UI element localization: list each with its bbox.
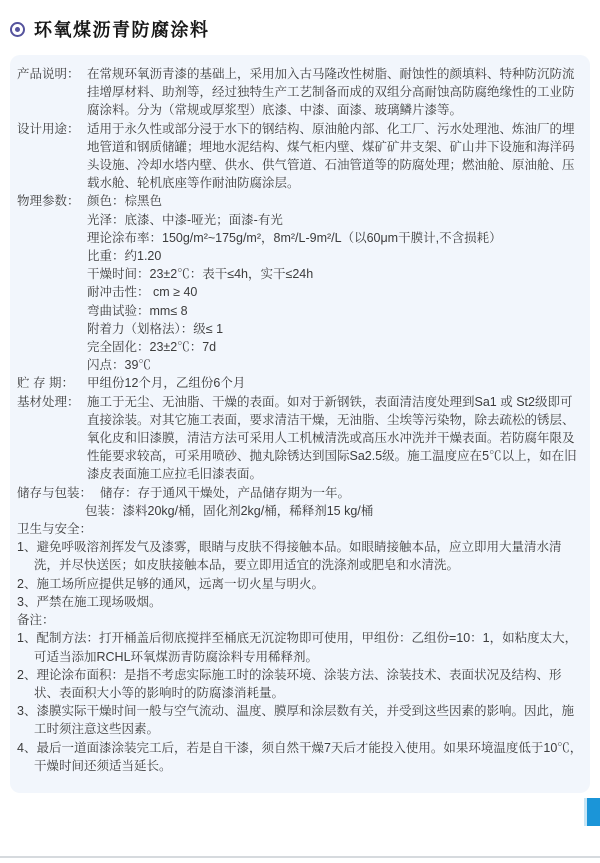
storage-packaging-row: 储存与包装： 储存：存于通风干燥处，产品储存期为一年。 bbox=[17, 484, 583, 502]
physical-params-label: 物理参数： bbox=[17, 192, 87, 210]
storage-packaging-label: 储存与包装： bbox=[17, 484, 100, 502]
physical-param-coverage: 理论涂布率：150g/m²~175g/m²，8m²/L-9m²/L（以60μm干… bbox=[87, 229, 583, 247]
page-title: 环氧煤沥青防腐涂料 bbox=[34, 16, 210, 42]
design-usage-row: 设计用途： 适用于永久性或部分浸于水下的钢结构、原油舱内部、化工厂、污水处理池、… bbox=[17, 120, 583, 193]
physical-param-gloss: 光泽：底漆、中漆-哑光；面漆-有光 bbox=[87, 211, 583, 229]
physical-param-flashpoint: 闪点：39℃ bbox=[87, 356, 583, 374]
safety-item-2: 2、施工场所应提供足够的通风，远离一切火星与明火。 bbox=[17, 575, 583, 593]
storage-period-text: 甲组份12个月，乙组份6个月 bbox=[87, 374, 583, 392]
physical-param-impact: 耐冲击性： cm ≥ 40 bbox=[87, 283, 583, 301]
storage-packaging-pack-text: 包装：漆料20kg/桶，固化剂2kg/桶，稀释剂15 kg/桶 bbox=[17, 502, 583, 520]
product-description-label: 产品说明： bbox=[17, 65, 87, 83]
physical-param-adhesion: 附着力（划格法）：级≤ 1 bbox=[87, 320, 583, 338]
substrate-treatment-row: 基材处理： 施工于无尘、无油脂、干燥的表面。如对于新钢铁，表面清洁度处理到Sa1… bbox=[17, 393, 583, 484]
safety-item-1: 1、避免呼吸溶剂挥发气及漆雾，眼睛与皮肤不得接触本品。如眼睛接触本品，应立即用大… bbox=[17, 538, 583, 574]
physical-params-row: 物理参数： 颜色：棕黑色 光泽：底漆、中漆-哑光；面漆-有光 理论涂布率：150… bbox=[17, 192, 583, 374]
storage-period-label: 贮 存 期： bbox=[17, 374, 87, 392]
storage-period-row: 贮 存 期： 甲组份12个月，乙组份6个月 bbox=[17, 374, 583, 392]
physical-param-bend: 弯曲试验：mm≤ 8 bbox=[87, 302, 583, 320]
page-header: 环氧煤沥青防腐涂料 bbox=[10, 16, 210, 42]
bottom-divider bbox=[0, 856, 600, 858]
notes-item-3: 3、漆膜实际干燥时间一般与空气流动、温度、膜厚和涂层数有关，并受到这些因素的影响… bbox=[17, 702, 583, 738]
substrate-treatment-text: 施工于无尘、无油脂、干燥的表面。如对于新钢铁，表面清洁度处理到Sa1 或 St2… bbox=[87, 393, 583, 484]
notes-item-4: 4、最后一道面漆涂装完工后，若是自干漆，须自然干燥7天后才能投入使用。如果环境温… bbox=[17, 739, 583, 775]
physical-params-list: 颜色：棕黑色 光泽：底漆、中漆-哑光；面漆-有光 理论涂布率：150g/m²~1… bbox=[87, 192, 583, 374]
safety-item-3: 3、严禁在施工现场吸烟。 bbox=[17, 593, 583, 611]
physical-param-density: 比重：约1.20 bbox=[87, 247, 583, 265]
product-description-text: 在常规环氧沥青漆的基础上，采用加入古马隆改性树脂、耐蚀性的颜填料、特种防沉防流挂… bbox=[87, 65, 583, 120]
design-usage-text: 适用于永久性或部分浸于水下的钢结构、原油舱内部、化工厂、污水处理池、炼油厂的埋地… bbox=[87, 120, 583, 193]
product-description-row: 产品说明： 在常规环氧沥青漆的基础上，采用加入古马隆改性树脂、耐蚀性的颜填料、特… bbox=[17, 65, 583, 120]
bullseye-icon bbox=[10, 22, 25, 37]
storage-packaging-storage-text: 储存：存于通风干燥处，产品储存期为一年。 bbox=[100, 484, 583, 502]
notes-item-1: 1、配制方法：打开桶盖后彻底搅拌至桶底无沉淀物即可使用，甲组份：乙组份=10：1… bbox=[17, 629, 583, 665]
notes-heading: 备注： bbox=[17, 611, 583, 629]
design-usage-label: 设计用途： bbox=[17, 120, 87, 138]
physical-param-drytime: 干燥时间：23±2℃：表干≤4h，实干≤24h bbox=[87, 265, 583, 283]
side-scroll-button[interactable] bbox=[584, 798, 600, 826]
notes-item-2: 2、理论涂布面积：是指不考虑实际施工时的涂装环境、涂装方法、涂装技术、表面状况及… bbox=[17, 666, 583, 702]
substrate-treatment-label: 基材处理： bbox=[17, 393, 87, 411]
physical-param-color: 颜色：棕黑色 bbox=[87, 192, 583, 210]
physical-param-cure: 完全固化：23±2℃：7d bbox=[87, 338, 583, 356]
product-spec-card: 产品说明： 在常规环氧沥青漆的基础上，采用加入古马隆改性树脂、耐蚀性的颜填料、特… bbox=[10, 55, 590, 793]
safety-heading: 卫生与安全： bbox=[17, 520, 583, 538]
bullseye-dot bbox=[15, 27, 20, 32]
